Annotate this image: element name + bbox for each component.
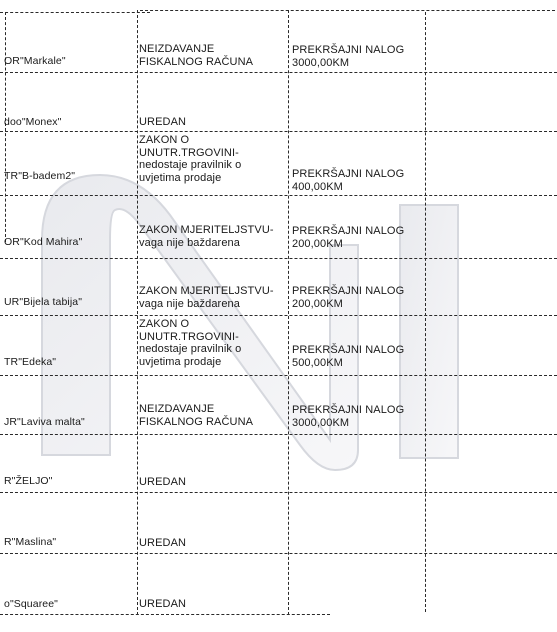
finding: NEIZDAVANJE FISKALNOG RAČUNA	[139, 403, 289, 428]
grid-line	[137, 10, 138, 615]
grid-line	[0, 553, 557, 554]
finding: ZAKON O UNUTR.TRGOVINI- nedostaje pravil…	[139, 318, 289, 368]
grid-line	[0, 492, 557, 493]
finding: UREDAN	[139, 537, 289, 550]
penalty-measure: PREKRŠAJNI NALOG 200,00KM	[292, 285, 432, 310]
business-name: OR"Kod Mahira"	[4, 236, 82, 249]
penalty-measure: PREKRŠAJNI NALOG 400,00KM	[292, 168, 432, 193]
penalty-measure: PREKRŠAJNI NALOG 200,00KM	[292, 225, 432, 250]
finding: UREDAN	[139, 476, 289, 489]
penalty-measure: PREKRŠAJNI NALOG 500,00KM	[292, 344, 432, 369]
business-name: TR"B-badem2"	[4, 170, 75, 183]
grid-line	[0, 375, 557, 376]
grid-line	[140, 10, 555, 11]
grid-line	[0, 614, 330, 615]
business-name: o"Squaree"	[4, 598, 58, 611]
grid-line	[288, 10, 289, 615]
grid-line	[0, 131, 557, 132]
grid-line	[0, 12, 150, 13]
finding: UREDAN	[139, 116, 289, 129]
finding: ZAKON O UNUTR.TRGOVINI- nedostaje pravil…	[139, 134, 289, 184]
penalty-measure: PREKRŠAJNI NALOG 3000,00KM	[292, 404, 432, 429]
inspection-table: OR"Markale" NEIZDAVANJE FISKALNOG RAČUNA…	[0, 0, 557, 632]
grid-line	[425, 12, 426, 612]
grid-line	[0, 434, 557, 435]
grid-line	[0, 195, 557, 196]
grid-line	[0, 315, 557, 316]
finding: ZAKON MJERITELJSTVU- vaga nije baždarena	[139, 285, 289, 310]
business-name: R"ŽELJO"	[4, 475, 53, 488]
penalty-measure: PREKRŠAJNI NALOG 3000,00KM	[292, 44, 432, 69]
business-name: OR"Markale"	[4, 55, 66, 68]
finding: ZAKON MJERITELJSTVU- vaga nije baždarena	[139, 224, 289, 249]
business-name: TR"Edeka"	[4, 356, 56, 369]
grid-line	[0, 72, 557, 73]
finding: NEIZDAVANJE FISKALNOG RAČUNA	[139, 43, 289, 68]
business-name: doo"Monex"	[4, 116, 62, 129]
business-name: R"Maslina"	[4, 536, 56, 549]
finding: UREDAN	[139, 598, 289, 611]
business-name: JR"Laviva malta"	[4, 416, 85, 429]
business-name: UR"Bijela tabija"	[4, 296, 82, 309]
grid-line	[0, 258, 557, 259]
